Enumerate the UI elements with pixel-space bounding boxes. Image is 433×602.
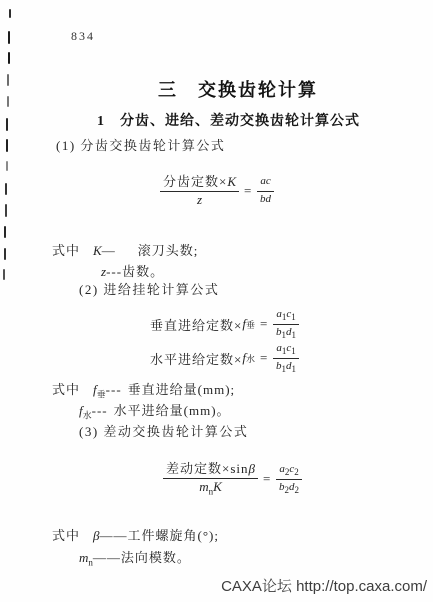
fraction-numerator: a1c1 <box>273 308 298 325</box>
description: 工件螺旋角(°); <box>128 528 219 543</box>
binding-mark <box>7 74 9 86</box>
var-beta: β <box>249 461 255 476</box>
equals-sign: = <box>260 350 268 366</box>
subscript: 水 <box>83 411 92 421</box>
fraction-denominator: b2d2 <box>276 480 301 496</box>
dash: --- <box>92 403 108 418</box>
where-line-fh: f水---水平进给量(mm)。 <box>79 400 231 422</box>
equals-sign: = <box>263 471 271 487</box>
sub: 2 <box>295 485 300 495</box>
fraction-numerator: ac <box>257 175 273 192</box>
binding-marks <box>0 0 14 300</box>
scanned-document-page: 834 三 交换齿轮计算 1 分齿、进给、差动交换齿轮计算公式 (1) 分齿交换… <box>0 0 433 602</box>
binding-mark <box>3 269 5 280</box>
fraction-denominator: z <box>160 192 239 208</box>
binding-mark <box>5 204 7 217</box>
fraction-numerator: 分齿定数×K <box>160 175 239 192</box>
fraction-denominator: mnK <box>163 479 258 497</box>
var-z: z <box>197 192 202 207</box>
description: 垂直进给量(mm); <box>128 382 236 397</box>
var-c: c <box>266 175 271 187</box>
fraction-lhs: 分齿定数×K z <box>160 175 239 208</box>
fraction-numerator: a1c1 <box>273 342 298 359</box>
sub: 1 <box>291 346 296 356</box>
subscript: 垂 <box>246 318 255 331</box>
sub: 1 <box>292 364 297 374</box>
binding-mark <box>6 139 8 152</box>
formula-prefix: 水平进给定数× <box>150 349 242 368</box>
sub: 2 <box>294 468 299 478</box>
binding-mark <box>5 183 7 195</box>
var-K: K <box>213 479 222 494</box>
page-title: 三 交换齿轮计算 <box>158 76 318 102</box>
description: 法向模数。 <box>121 550 191 565</box>
dash: —— <box>100 528 128 543</box>
fraction-denominator: bd <box>257 192 273 208</box>
binding-mark <box>4 226 6 238</box>
where-line-mn: mn——法向模数。 <box>79 547 191 568</box>
fraction-numerator: a2c2 <box>276 463 301 480</box>
num-text: 分齿定数× <box>163 174 227 189</box>
equals-sign: = <box>244 183 252 199</box>
description: 水平进给量(mm)。 <box>114 403 231 418</box>
var-d: d <box>266 193 272 205</box>
dash: --- <box>106 264 122 279</box>
subscript: 水 <box>246 352 255 365</box>
dash: — <box>102 243 116 258</box>
section-subtitle: 1 分齿、进给、差动交换齿轮计算公式 <box>97 110 360 130</box>
where-label: 式中 <box>52 243 80 258</box>
fraction-lhs: 差动定数×sinβ mnK <box>163 462 258 497</box>
formula-horizontal-feed: 水平进给定数×f水 = a1c1 b1d1 <box>150 342 299 374</box>
binding-mark <box>6 118 8 131</box>
where-line-fv: 式中f垂---垂直进给量(mm); <box>52 379 235 401</box>
binding-mark <box>9 9 11 18</box>
equals-sign: = <box>260 316 268 332</box>
where-line-K: 式中K—滚刀头数; <box>52 240 198 259</box>
page-number: 834 <box>71 29 95 44</box>
heading-sec3: (3) 差动交换齿轮计算公式 <box>79 421 248 440</box>
var-m: m <box>79 550 88 565</box>
where-label: 式中 <box>52 528 80 543</box>
description: 齿数。 <box>122 264 164 279</box>
description: 滚刀头数; <box>138 243 199 258</box>
binding-mark <box>6 161 8 171</box>
num-text: 差动定数× <box>166 461 230 476</box>
binding-mark <box>4 248 6 260</box>
binding-mark <box>8 31 10 44</box>
watermark-caxa-forum-url: CAXA论坛 http://top.caxa.com/ <box>221 575 427 596</box>
var-K: K <box>93 243 102 258</box>
fraction-numerator: 差动定数×sinβ <box>163 462 258 479</box>
where-line-z: z---齿数。 <box>101 261 164 280</box>
heading-sec2: (2) 进给挂轮计算公式 <box>79 279 219 298</box>
fraction-rhs: a1c1 b1d1 <box>273 342 298 374</box>
formula-differential: 差动定数×sinβ mnK = a2c2 b2d2 <box>163 462 302 497</box>
sub: 1 <box>292 330 297 340</box>
fraction-rhs: a1c1 b1d1 <box>273 308 298 340</box>
dash: —— <box>93 550 121 565</box>
formula-indexing: 分齿定数×K z = ac bd <box>160 175 274 208</box>
fraction-denominator: b1d1 <box>273 325 298 341</box>
fraction-rhs: ac bd <box>257 175 273 207</box>
var-K: K <box>227 174 236 189</box>
fn-sin: sin <box>230 461 248 476</box>
subscript: 垂 <box>97 390 106 400</box>
var-m: m <box>199 479 208 494</box>
fraction-rhs: a2c2 b2d2 <box>276 463 301 495</box>
formula-vertical-feed: 垂直进给定数×f垂 = a1c1 b1d1 <box>150 308 299 340</box>
dash: --- <box>106 382 122 397</box>
where-line-beta: 式中β——工件螺旋角(°); <box>52 525 219 544</box>
where-label: 式中 <box>52 382 80 397</box>
sub: 1 <box>291 312 296 322</box>
fraction-denominator: b1d1 <box>273 359 298 375</box>
binding-mark <box>8 52 10 64</box>
formula-prefix: 垂直进给定数× <box>150 315 242 334</box>
heading-sec1: (1) 分齿交换齿轮计算公式 <box>56 135 225 154</box>
binding-mark <box>7 96 9 107</box>
